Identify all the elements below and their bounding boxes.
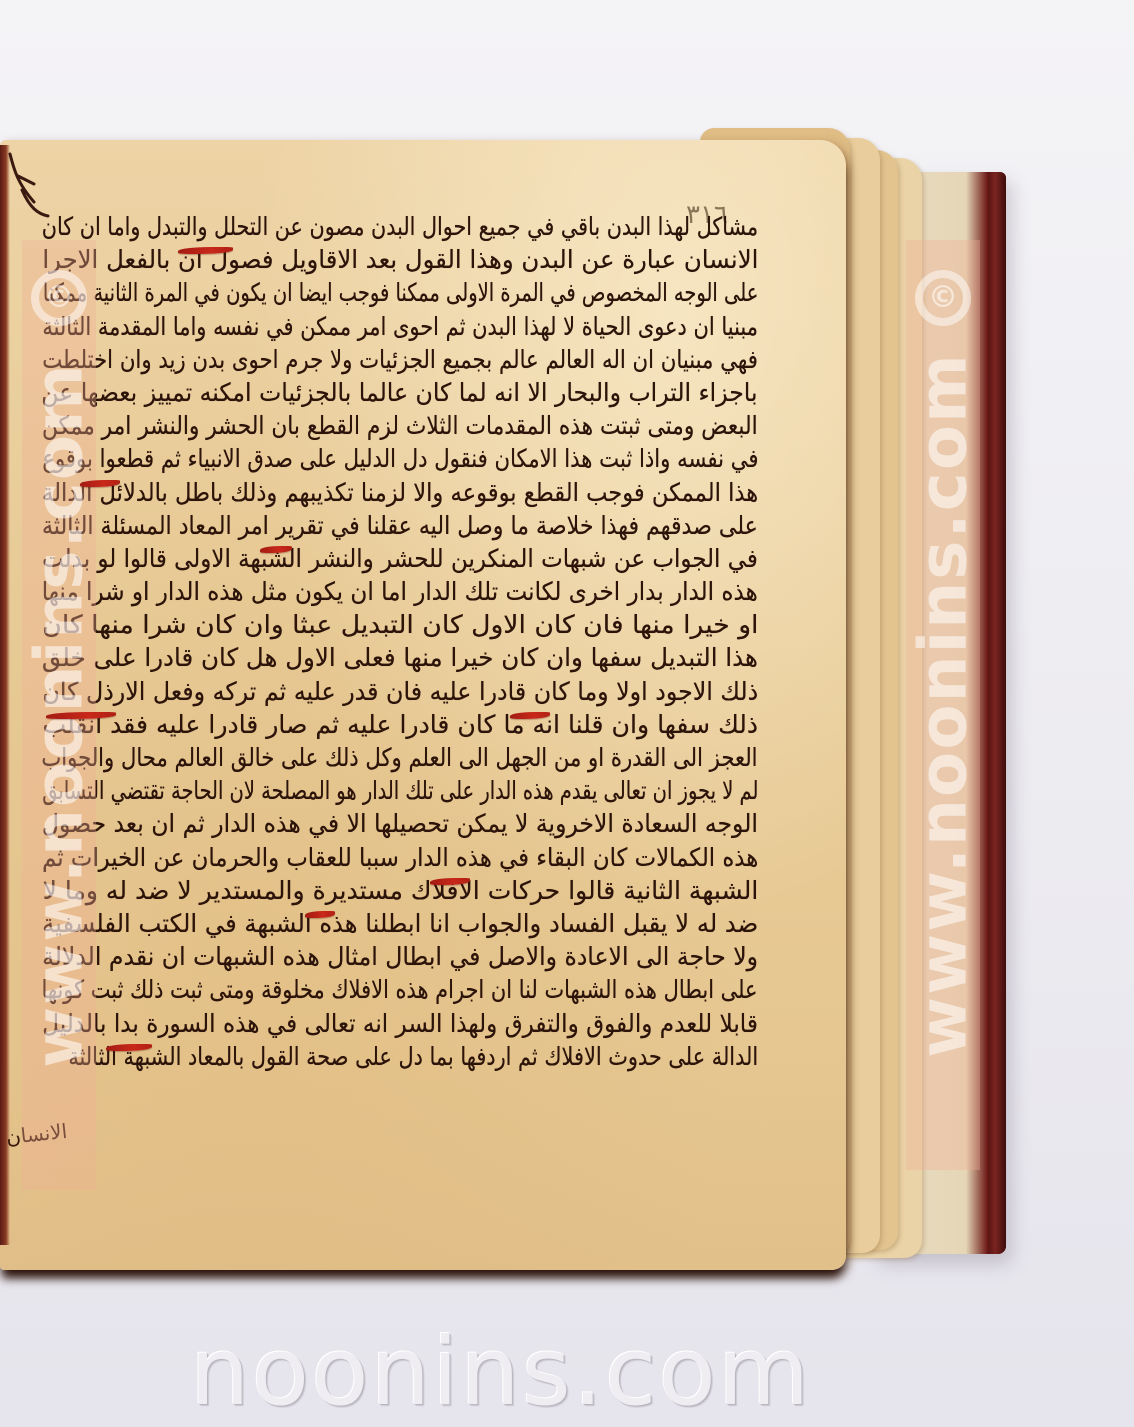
manuscript-line: هذا الممكن فوجب القطع بوقوعه والا لزمنا … (38, 476, 758, 509)
manuscript-line: هذه الكمالات كان البقاء في هذه الدار سبب… (38, 841, 758, 874)
manuscript-line: البعض ومتى ثبتت هذه المقدمات الثلاث لزم … (38, 409, 758, 442)
manuscript-line: قابلا للعدم والفوق والتفرق ولهذا السر ان… (38, 1007, 758, 1040)
copyright-icon: © (31, 270, 87, 326)
manuscript-line: باجزاء التراب والبحار الا انه لما كان عا… (38, 376, 758, 409)
manuscript-line: فهي مبنيان ان اله العالم عالم بجميع الجز… (38, 343, 758, 376)
cover-leather-edge (988, 172, 1006, 1254)
copyright-icon: © (915, 270, 971, 326)
manuscript-line: على صدقهم فهذا خلاصة ما وصل اليه عقلنا ف… (38, 509, 758, 542)
manuscript-line: مبنيا ان دعوى الحياة لا لهذا البدن ثم اح… (38, 310, 758, 343)
rubrication-mark (80, 480, 120, 487)
manuscript-line: لم لا يجوز ان تعالى يقدم هذه الدار على ت… (38, 774, 758, 807)
manuscript-line: مشاكل لهذا البدن باقي في جميع احوال البد… (38, 210, 758, 243)
manuscript-line: ولا حاجة الى الاعادة والاصل في ابطال امث… (38, 940, 758, 973)
manuscript-line: ذلك سفها وان قلنا انه ما كان قادرا عليه … (38, 708, 758, 741)
manuscript-photo: ٣١٦ مشاكل لهذا البدن باقي في جميع احوال … (0, 0, 1134, 1427)
manuscript-line: ضد له لا يقبل الفساد والجواب انا ابطلنا … (38, 907, 758, 940)
manuscript-line: ذلك الاجود اولا وما كان قادرا عليه فان ق… (38, 675, 758, 708)
watermark-text-right: www.noonins.com (905, 352, 982, 1058)
manuscript-line: على الوجه المخصوص في المرة الاولى ممكنا … (38, 276, 758, 309)
manuscript-line: في نفسه واذا ثبت هذا الامكان فنقول دل ال… (38, 442, 758, 475)
manuscript-line: العجز الى القدرة او من الجهل الى العلم و… (38, 741, 758, 774)
manuscript-line: الانسان عبارة عن البدن وهذا القول بعد ال… (38, 243, 758, 276)
manuscript-line: الشبهة الثانية قالوا حركات الافلاك مستدي… (38, 874, 758, 907)
manuscript-line: في الجواب عن شبهات المنكرين للحشر والنشر… (38, 542, 758, 575)
watermark-bottom: noonins.com (190, 1318, 810, 1427)
manuscript-line: هذا التبديل سفها وان كان خيرا منها فعلى … (38, 641, 758, 674)
manuscript-line: الوجه السعادة الاخروية لا يمكن تحصيلها ا… (38, 807, 758, 840)
watermark-strip-right: © www.noonins.com (906, 240, 980, 1170)
manuscript-line: هذه الدار بدار اخرى لكانت تلك الدار اما … (38, 575, 758, 608)
manuscript-text: مشاكل لهذا البدن باقي في جميع احوال البد… (38, 210, 758, 1073)
manuscript-line: او خيرا منها فان كان الاول كان التبديل ع… (38, 608, 758, 641)
manuscript-line: على ابطال هذه الشبهات لنا ان اجرام هذه ا… (38, 973, 758, 1006)
